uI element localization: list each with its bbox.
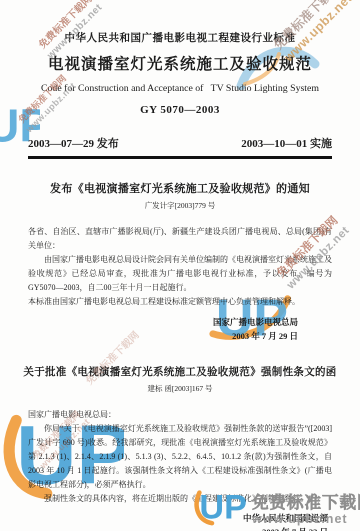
notice2-body: 国家广播电影电视总局： 你局“关于《电视演播室灯光系统施工及验收规范》强制性条款… bbox=[0, 408, 360, 506]
notice1-paragraph-2: 本标准由国家广播电影电视总局工程建设标准定额管理中心负责管理和解释。 bbox=[28, 295, 332, 309]
notice1-body: 各省、自治区、直辖市广播影视局(厅)、新疆生产建设兵团广播电视局、总局(集团)有… bbox=[0, 225, 360, 309]
notice1-sign-date: 2003 年 7 月 29 日 bbox=[0, 329, 298, 343]
header-divider bbox=[28, 156, 332, 159]
notice2-doc-number: 建标 函[2003]167 号 bbox=[0, 383, 360, 394]
notice2-paragraph-2: 强制性条文的具体内容，将在近期出版的《工程建设标准化》刊物上登载。 bbox=[28, 492, 332, 506]
date-row: 2003—07—29 发布 2003—10—01 实施 bbox=[0, 135, 360, 151]
notice2-salutation: 国家广播电影电视总局： bbox=[28, 408, 332, 422]
notice1-title: 发布《电视演播室灯光系统施工及验收规范》的通知 bbox=[0, 180, 360, 196]
standard-type-line: 中华人民共和国广播电影电视工程建设行业标准 bbox=[0, 30, 360, 45]
issue-date: 2003—07—29 发布 bbox=[28, 135, 119, 151]
document-page: UP UP UP 免费标准下载网 www.upbz.net 免费标准下载网 ww… bbox=[0, 0, 360, 531]
notice2-sign-date: 2003 年 7 月 23 日 bbox=[0, 525, 328, 531]
standard-header: 中华人民共和国广播电影电视工程建设行业标准 电视演播室灯光系统施工及验收规范 C… bbox=[0, 0, 360, 159]
notice1-signature: 国家广播电影电视总局 2003 年 7 月 29 日 bbox=[0, 315, 360, 343]
notice2-signature: 中华人民共和国建设部 2003 年 7 月 23 日 bbox=[0, 511, 360, 531]
notice2-signer: 中华人民共和国建设部 bbox=[0, 511, 328, 525]
notice1-signer: 国家广播电影电视总局 bbox=[0, 315, 298, 329]
notice1-salutation: 各省、自治区、直辖市广播影视局(厅)、新疆生产建设兵团广播电视局、总局(集团)有… bbox=[28, 225, 332, 253]
notice2-paragraph-1: 你局“关于《电视演播室灯光系统施工及验收规范》强制性条款的送审报告”([2003… bbox=[28, 422, 332, 492]
standard-number: GY 5070—2003 bbox=[0, 104, 360, 116]
effective-date: 2003—10—01 实施 bbox=[241, 135, 332, 151]
notice1-doc-number: 广发计字[2003]779 号 bbox=[0, 200, 360, 211]
notice-mandatory-provisions: 关于批准《电视演播室灯光系统施工及验收规范》强制性条文的函 建标 函[2003]… bbox=[0, 364, 360, 531]
notice2-title: 关于批准《电视演播室灯光系统施工及验收规范》强制性条文的函 bbox=[0, 364, 360, 379]
notice1-paragraph-1: 由国家广播电影电视总局设计院会同有关单位编制的《电视演播室灯光系统施工及验收规范… bbox=[28, 253, 332, 295]
standard-title-english: Code for Construction and Acceptance of … bbox=[0, 83, 360, 94]
standard-title-chinese: 电视演播室灯光系统施工及验收规范 bbox=[0, 52, 360, 74]
notice-publication: 发布《电视演播室灯光系统施工及验收规范》的通知 广发计字[2003]779 号 … bbox=[0, 180, 360, 343]
